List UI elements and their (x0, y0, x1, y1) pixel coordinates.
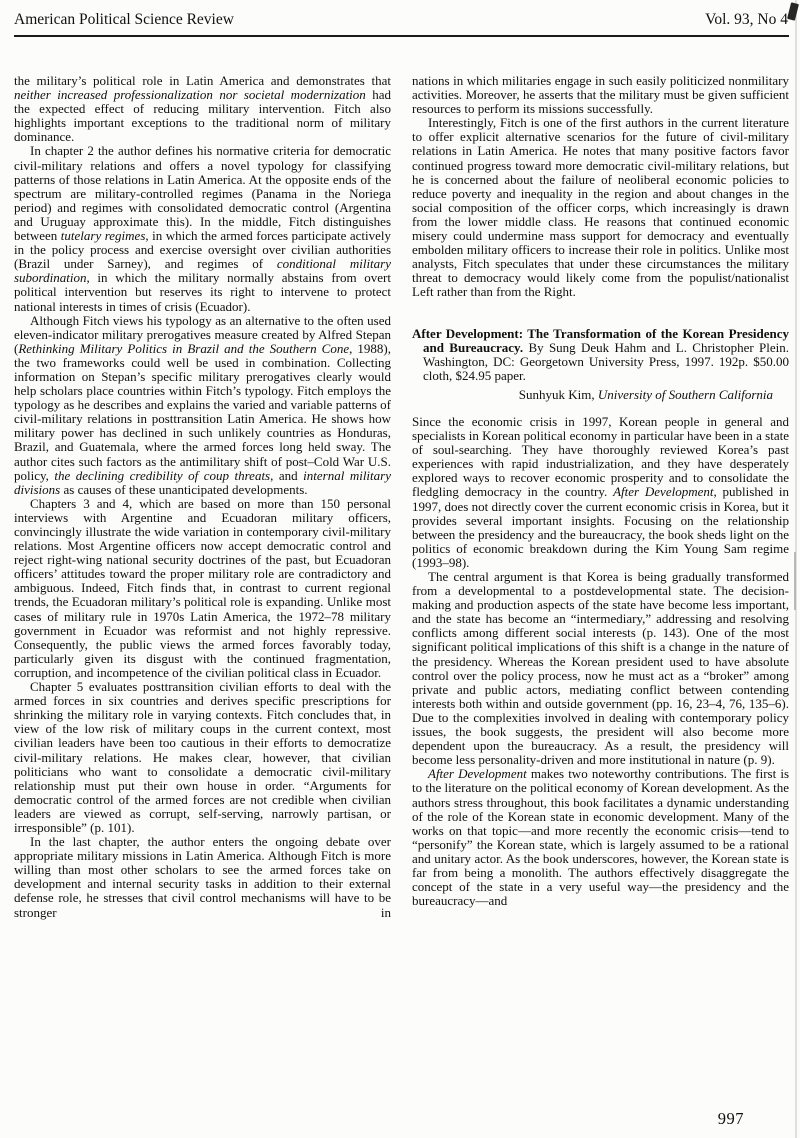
paragraph: The central argument is that Korea is be… (412, 570, 789, 767)
italic-text: neither increased professionalization no… (14, 87, 366, 102)
text: as causes of these unanticipated develop… (60, 482, 307, 497)
right-column: nations in which militaries engage in su… (412, 74, 789, 908)
text: In the last chapter, the author enters t… (14, 834, 391, 919)
text: The central argument is that Korea is be… (412, 569, 789, 767)
italic-text: University of Southern California (598, 387, 773, 402)
paragraph: In chapter 2 the author defines his norm… (14, 144, 391, 313)
text: Chapter 5 evaluates posttransition civil… (14, 679, 391, 835)
journal-page: American Political Science Review Vol. 9… (0, 0, 800, 1138)
italic-text: the declining credibility of coup threat… (54, 468, 270, 483)
journal-title: American Political Science Review (14, 11, 234, 29)
paragraph: In the last chapter, the author enters t… (14, 835, 391, 920)
text: Interestingly, Fitch is one of the first… (412, 115, 789, 299)
text: Chapters 3 and 4, which are based on mor… (14, 496, 391, 680)
paragraph: nations in which militaries engage in su… (412, 74, 789, 116)
italic-text: After Development (613, 484, 713, 499)
paragraph: After Development makes two noteworthy c… (412, 767, 789, 908)
paragraph: Since the economic crisis in 1997, Korea… (412, 415, 789, 570)
volume-issue: Vol. 93, No 4 (705, 11, 788, 29)
left-column: the military’s political role in Latin A… (14, 74, 391, 920)
italic-text: tutelary regimes (61, 228, 146, 243)
paragraph: Interestingly, Fitch is one of the first… (412, 116, 789, 299)
paragraph: Chapters 3 and 4, which are based on mor… (14, 497, 391, 680)
reviewer-attribution: Sunhyuk Kim, University of Southern Cali… (412, 388, 789, 402)
text: makes two noteworthy contributions. The … (412, 766, 789, 908)
page-header: American Political Science Review Vol. 9… (14, 0, 789, 37)
text-columns: the military’s political role in Latin A… (14, 74, 788, 920)
paragraph: the military’s political role in Latin A… (14, 74, 391, 144)
paragraph: Although Fitch views his typology as an … (14, 314, 391, 497)
text: , and (270, 468, 303, 483)
text: nations in which militaries engage in su… (412, 73, 789, 116)
text: Sunhyuk Kim, (519, 387, 598, 402)
italic-text: Rethinking Military Politics in Brazil a… (18, 341, 349, 356)
italic-text: After Development (428, 766, 527, 781)
paragraph: Chapter 5 evaluates posttransition civil… (14, 680, 391, 835)
page-number: 997 (718, 1109, 744, 1129)
text: , 1988), the two frameworks could well b… (14, 341, 391, 483)
text: the military’s political role in Latin A… (14, 73, 391, 88)
book-citation: After Development: The Transformation of… (412, 327, 789, 383)
scan-artifact (794, 552, 796, 610)
